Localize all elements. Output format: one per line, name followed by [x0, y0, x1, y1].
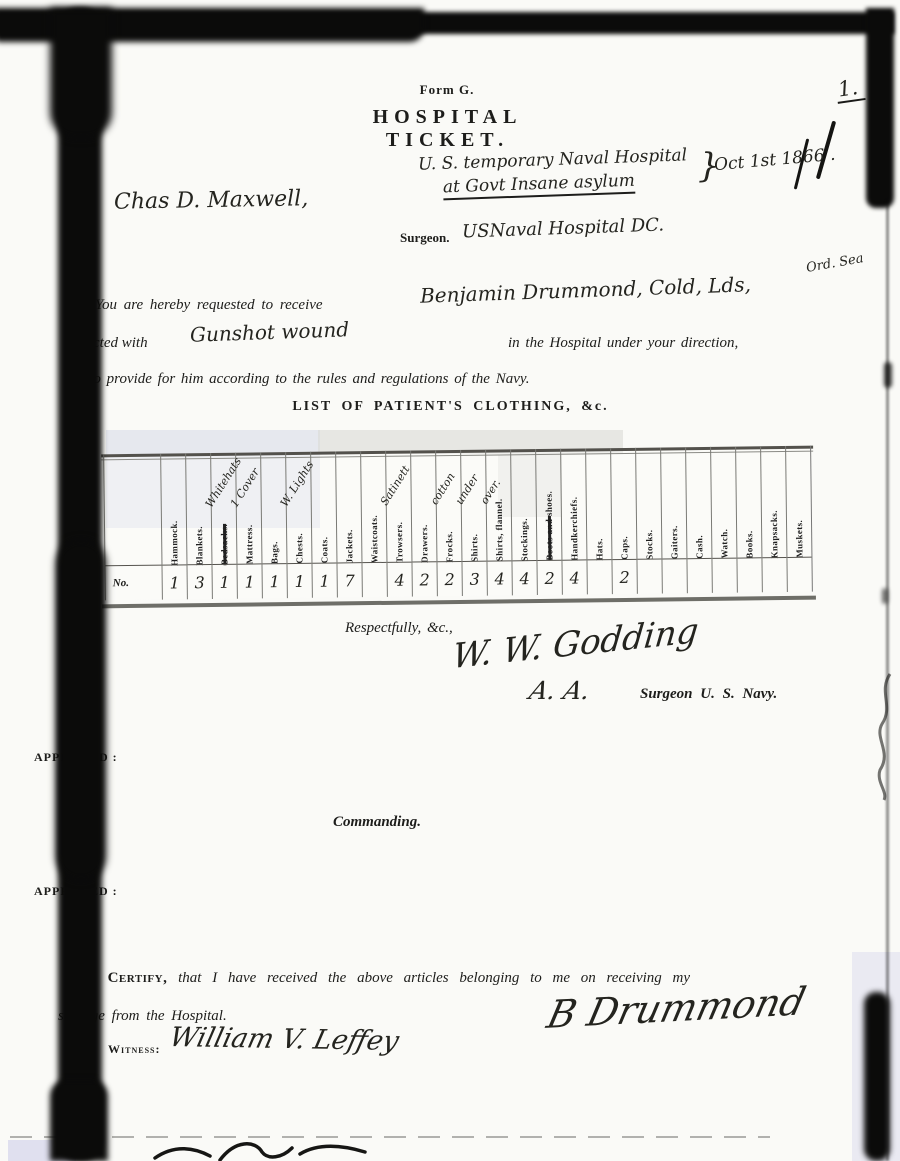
signature-title: Surgeon U. S. Navy.: [640, 686, 777, 703]
column-value: 3: [462, 561, 486, 596]
column-label: Drawers.: [411, 458, 436, 562]
table-column: W. LightsChests.1: [285, 452, 312, 598]
patient-name: Benjamin Drummond, Cold, Lds,: [420, 272, 752, 308]
column-value: [737, 557, 761, 592]
table-column: Cash.: [685, 447, 712, 593]
column-value: [587, 559, 611, 594]
table-column: Hammock.1: [160, 453, 187, 599]
clothing-list-title: LIST OF PATIENT'S CLOTHING, &c.: [278, 399, 623, 415]
scan-artifact-left-bar-bottom: [50, 1080, 108, 1161]
hospital-location-line2: at Govt Insane asylum: [443, 171, 636, 201]
column-label: Books.: [736, 454, 761, 558]
scan-artifact-left-bar-top: [50, 8, 112, 138]
column-value: 7: [337, 562, 361, 597]
witness-signature: William V. Leffey: [166, 1022, 401, 1057]
scan-artifact-left-bar-mid: [56, 540, 106, 880]
scan-artifact-right-mark: [884, 362, 892, 388]
cutoff-signature-fragment: [150, 1138, 410, 1161]
column-label: Knapsacks.: [761, 454, 786, 558]
column-value: [787, 557, 811, 592]
column-value: 4: [562, 559, 586, 594]
direction-suffix: in the Hospital under your direction,: [508, 335, 738, 352]
column-value: 4: [512, 560, 536, 595]
column-value: 2: [412, 561, 436, 596]
column-value: [362, 562, 386, 597]
surgeon-hospital: USNaval Hospital DC.: [462, 214, 665, 242]
column-value: 4: [387, 562, 411, 597]
request-line: You are hereby requested to receive: [95, 297, 323, 314]
column-value: [687, 558, 711, 593]
column-value: [637, 559, 661, 594]
certify-line: I Certify, that I have received the abov…: [90, 970, 690, 987]
patient-rating-note: Ord. Sea: [805, 251, 865, 276]
column-label: Gaiters.: [661, 455, 686, 559]
row-label: No.: [105, 565, 161, 601]
commanding-label: Commanding.: [333, 814, 421, 831]
column-label: Hats.: [586, 456, 611, 560]
column-label: Stocks.: [636, 456, 661, 560]
column-label: Cash.: [686, 455, 711, 559]
table-column: Gaiters.: [660, 447, 687, 593]
table-column: Hats.: [585, 448, 612, 594]
table-column: Watch.: [710, 447, 737, 593]
scan-artifact-right-bottom-blob: [864, 992, 890, 1161]
respectfully-label: Respectfully, &c.,: [345, 620, 453, 637]
table-column: Knapsacks.: [760, 446, 787, 592]
column-label: Caps.: [611, 456, 636, 560]
ailment: Gunshot wound: [190, 317, 350, 347]
column-label: Jackets.: [336, 459, 361, 563]
table-column: WhitehatsBedsacks.1: [210, 453, 237, 599]
table-column: Caps.2: [610, 448, 637, 594]
table-column: underShirts.3: [460, 450, 487, 596]
clothing-table-columns: No. Hammock.1Blankets.3WhitehatsBedsacks…: [103, 446, 813, 601]
column-label: Shirts, flannel.: [486, 457, 511, 561]
surgeon-signature: W. W. Godding: [451, 611, 701, 677]
column-value: [712, 558, 736, 593]
column-value: 1: [262, 563, 286, 598]
table-column: Coats.1: [310, 451, 337, 597]
column-value: [662, 558, 686, 593]
table-column: Drawers.2: [410, 450, 437, 596]
column-label: Waistcoats.: [361, 459, 386, 563]
column-value: 1: [237, 563, 261, 598]
scan-artifact-right-top-bar: [866, 8, 894, 208]
signature-initials: A. A.: [526, 676, 593, 705]
column-label: Watch.: [711, 455, 736, 559]
column-label: Muskets.: [786, 454, 811, 558]
document-page: Form G. HOSPITAL TICKET. 1. U. S. tempor…: [0, 0, 900, 1161]
table-column: Books.: [735, 446, 762, 592]
column-label: Stockings.: [511, 457, 536, 561]
table-row-label-cell: No.: [103, 454, 162, 601]
column-value: [762, 557, 786, 592]
scan-artifact-right-mark: [882, 588, 888, 604]
table-column: Handkerchiefs.4: [560, 448, 587, 594]
column-value: 1: [287, 563, 311, 598]
column-value: 2: [537, 560, 561, 595]
column-value: 1: [212, 564, 236, 599]
provide-line: d to provide for him according to the ru…: [76, 371, 529, 388]
table-column: 1 CoverMattress.1: [235, 452, 262, 598]
column-label: Blankets.: [186, 461, 211, 565]
clothing-table: No. Hammock.1Blankets.3WhitehatsBedsacks…: [103, 446, 813, 601]
table-column: Muskets.: [785, 446, 812, 592]
column-value: 4: [487, 560, 511, 595]
column-label: Boots and shoes.: [536, 457, 561, 561]
table-column: Boots and shoes.2: [535, 449, 562, 595]
column-value: 3: [187, 564, 211, 599]
page-number: 1.: [834, 74, 865, 104]
surgeon-label: Surgeon.: [400, 230, 449, 246]
scan-edge-squiggle: [868, 672, 898, 802]
witness-label: Witness:: [108, 1042, 160, 1057]
patient-signature: B Drummond: [543, 979, 810, 1037]
table-column: SatinettTrowsers.4: [385, 451, 412, 597]
column-label: Hammock.: [161, 461, 186, 565]
table-column: over.Shirts, flannel.4: [485, 449, 512, 595]
column-label: Handkerchiefs.: [561, 456, 586, 560]
column-label: Bags.: [261, 460, 286, 564]
table-column: Waistcoats.: [360, 451, 387, 597]
form-label: Form G.: [402, 82, 492, 98]
table-column: Blankets.3: [185, 453, 212, 599]
table-column: Stocks.: [635, 448, 662, 594]
column-value: 2: [612, 559, 636, 594]
certify-rest: that I have received the above articles …: [178, 970, 690, 986]
column-value: 1: [312, 562, 336, 597]
addressee-name: Chas D. Maxwell,: [114, 186, 309, 214]
column-value: 1: [162, 564, 186, 599]
table-column: Bags.1: [260, 452, 287, 598]
table-column: Jackets.7: [335, 451, 362, 597]
column-label: Coats.: [311, 459, 336, 563]
table-column: cottonFrocks.2: [435, 450, 462, 596]
table-column: Stockings.4: [510, 449, 537, 595]
column-value: 2: [437, 561, 461, 596]
document-title: HOSPITAL TICKET.: [305, 106, 590, 152]
